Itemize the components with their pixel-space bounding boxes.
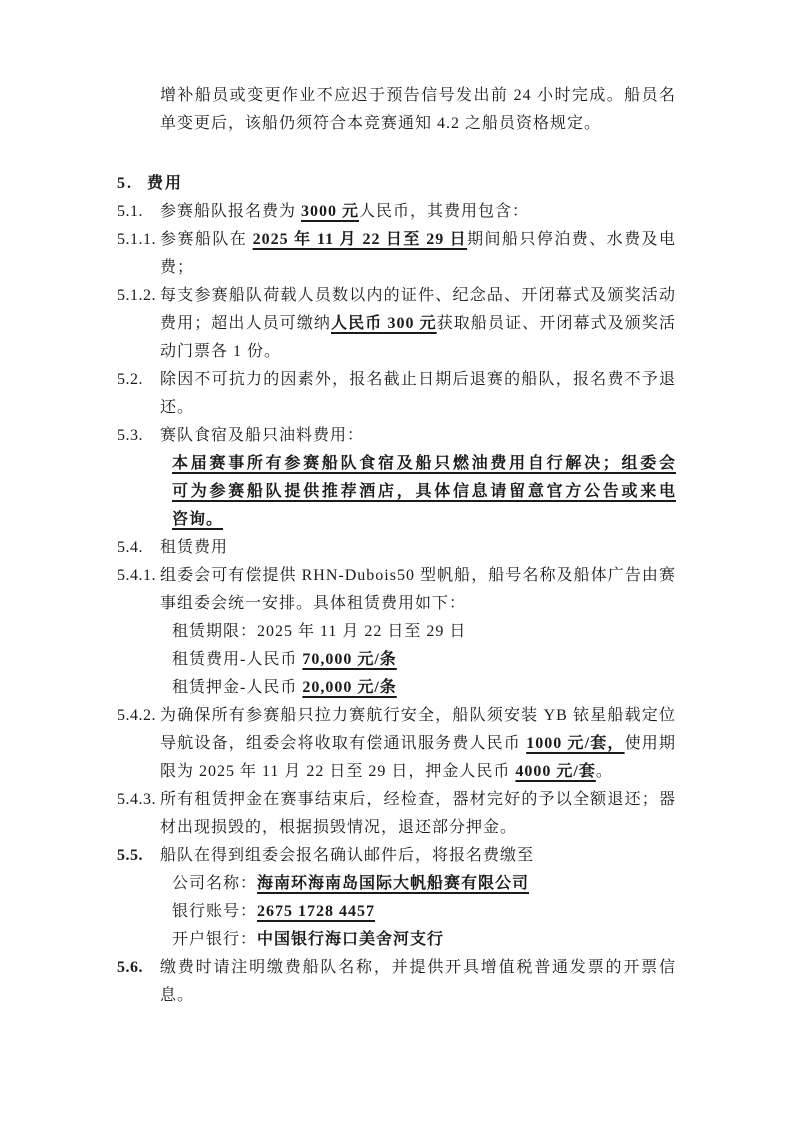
rental-period-line: 租赁期限：2025 年 11 月 22 日至 29 日 [172,618,676,646]
text-run: 租赁费用 [160,539,228,556]
text-run: 人民币，其费用包含： [359,203,529,220]
text-run: 。 [596,763,613,780]
text-run: 公司名称： [172,875,257,892]
emphasized-underlined-text: 20,000 元/条 [302,679,396,696]
text-run: 缴费时请注明缴费船队名称，并提供开具增值税普通发票的开票信息。 [160,959,676,1004]
para-crew-change-rule: 增补船员或变更作业不应迟于预告信号发出前 24 小时完成。船员名单变更后，该船仍… [160,82,676,138]
rental-fee-line: 租赁费用-人民币 70,000 元/条 [172,646,676,674]
paragraph-number: 5.1. [117,198,143,226]
clause-5-4-1: 5.4.1.组委会可有偿提供 RHN-Dubois50 型帆船，船号名称及船体广… [160,562,676,618]
clause-5-1-1: 5.1.1.参赛船队在 2025 年 11 月 22 日至 29 日期间船只停泊… [160,226,676,282]
text-run: 开户银行： [172,931,257,948]
text-run: 参赛船队在 [160,231,253,248]
text-run: 船队在得到组委会报名确认邮件后，将报名费缴至 [160,847,534,864]
emphasized-underlined-text: 1000 元/套， [526,735,624,752]
paragraph-number: 5.4.1. [117,562,156,590]
paragraph-number: 5.3. [117,422,143,450]
text-run: 租赁押金-人民币 [172,679,302,696]
paragraph-number: 5.2. [117,366,143,394]
emphasized-underlined-text: 可为参赛船队提供推荐酒店，具体信息请留意官方公告或来电 [172,483,676,500]
rental-deposit-line: 租赁押金-人民币 20,000 元/条 [172,674,676,702]
clause-5-4: 5.4.租赁费用 [160,534,676,562]
paragraph-number: 5.5. [117,842,143,870]
text-run: 所有租赁押金在赛事结束后，经检查，器材完好的予以全额退还；器材出现损毁的，根据损… [160,791,676,836]
clause-5-3: 5.3.赛队食宿及船只油料费用： [160,422,676,450]
emphasized-underlined-text: 70,000 元/条 [302,651,396,668]
text-run: 赛队食宿及船只油料费用： [160,427,364,444]
clause-5-1-2: 5.1.2.每支参赛船队荷载人员数以内的证件、纪念品、开闭幕式及颁奖活动费用；超… [160,282,676,366]
text-run: 银行账号： [172,903,257,920]
clause-5-3-note-line3: 咨询。 [172,506,676,534]
emphasized-underlined-text: 2025 年 11 月 22 日至 29 日 [253,231,467,248]
clause-5-4-2: 5.4.2.为确保所有参赛船只拉力赛航行安全，船队须安装 YB 铱星船载定位导航… [160,702,676,786]
emphasized-underlined-text: 4000 元/套 [515,763,595,780]
paragraph-number: 5.4.3. [117,786,156,814]
clause-5-6: 5.6.缴费时请注明缴费船队名称，并提供开具增值税普通发票的开票信息。 [160,954,676,1010]
emphasized-underlined-text: 本届赛事所有参赛船队食宿及船只燃油费用自行解决；组委会 [172,455,676,472]
text-run: 租赁费用-人民币 [172,651,302,668]
paragraph-number: 5.6. [117,954,143,982]
emphasized-underlined-text: 3000 元 [301,203,359,220]
text-run: 增补船员或变更作业不应迟于预告信号发出前 24 小时完成。船员名单变更后，该船仍… [160,87,676,132]
emphasized-underlined-text: 咨询。 [172,511,223,528]
clause-5-2: 5.2.除因不可抗力的因素外，报名截止日期后退赛的船队，报名费不予退还。 [160,366,676,422]
paragraph-number: 5.1.1. [117,226,156,254]
paragraph-number: 5.1.2. [117,282,156,310]
emphasized-text: 中国银行海口美舍河支行 [257,931,444,948]
text-run: 租赁期限：2025 年 11 月 22 日至 29 日 [172,623,466,640]
emphasized-underlined-text: 人民币 300 元 [331,315,437,332]
paragraph-number: 5.4.2. [117,702,156,730]
text-run: 除因不可抗力的因素外，报名截止日期后退赛的船队，报名费不予退还。 [160,371,676,416]
clause-5-5: 5.5.船队在得到组委会报名确认邮件后，将报名费缴至 [160,842,676,870]
emphasized-underlined-text: 2675 1728 4457 [257,903,375,920]
bank-branch-line: 开户银行：中国银行海口美舍河支行 [172,926,676,954]
text-run: 参赛船队报名费为 [160,203,301,220]
emphasized-underlined-text: 海南环海南岛国际大帆船赛有限公司 [257,875,529,892]
clause-5-4-3: 5.4.3.所有租赁押金在赛事结束后，经检查，器材完好的予以全额退还；器材出现损… [160,786,676,842]
bank-account-line: 银行账号：2675 1728 4457 [172,898,676,926]
emphasized-text: 费用 [147,175,183,192]
clause-5-1: 5.1.参赛船队报名费为 3000 元人民币，其费用包含： [160,198,676,226]
paragraph-number: 5. [117,170,133,198]
clause-5-3-note-line2: 可为参赛船队提供推荐酒店，具体信息请留意官方公告或来电 [172,478,676,506]
text-run: 组委会可有偿提供 RHN-Dubois50 型帆船，船号名称及船体广告由赛事组委… [160,567,676,612]
document-page: 增补船员或变更作业不应迟于预告信号发出前 24 小时完成。船员名单变更后，该船仍… [0,0,794,1124]
blank-line [117,138,676,170]
document-body: 增补船员或变更作业不应迟于预告信号发出前 24 小时完成。船员名单变更后，该船仍… [117,82,676,1010]
clause-5-3-note-line1: 本届赛事所有参赛船队食宿及船只燃油费用自行解决；组委会 [172,450,676,478]
section-5-heading: 5.费用 [147,170,676,198]
paragraph-number: 5.4. [117,534,143,562]
company-name-line: 公司名称：海南环海南岛国际大帆船赛有限公司 [172,870,676,898]
